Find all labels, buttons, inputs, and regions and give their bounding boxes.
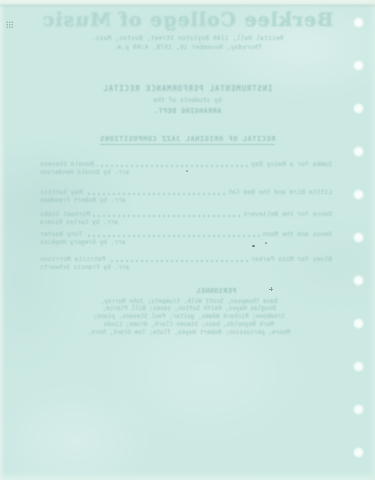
composer-name: Patricia Morrison — [40, 255, 105, 263]
composer-name: Tony Baxter — [40, 230, 82, 238]
scanned-program-page: Berklee College of Music Recital Hall, 1… — [0, 0, 375, 480]
dust-speck — [252, 245, 255, 247]
punch-hole — [355, 148, 362, 155]
punch-hole — [355, 277, 362, 284]
punch-hole — [355, 406, 362, 413]
personnel-line: trombone; Richard Adams, guitar; Paul St… — [88, 313, 290, 321]
program-entry: Samba for a Rainy Day Ronald Stevens arr… — [40, 160, 332, 176]
piece-title: Venus and the Moon — [263, 230, 332, 238]
recital-heading: INSTRUMENTAL PERFORMANCE RECITAL — [0, 84, 375, 93]
punch-hole — [355, 363, 362, 370]
dot-leader — [97, 165, 248, 167]
masthead-date-line: Thursday, November 16, 1978, 4:00 p.m. — [0, 44, 375, 51]
personnel-line: Moore, percussion; Robert Hayes, flute; … — [88, 329, 290, 337]
personnel-heading: PERSONNEL — [115, 288, 317, 296]
piece-title: Blues for Miss Parker — [251, 255, 332, 263]
arranger-credit: arr. by Carlos Rivera — [40, 219, 332, 226]
personnel-line: Dave Thompson, Scott Wilk, trumpets; Joh… — [88, 298, 290, 306]
mirrored-bleedthrough-layer: Berklee College of Music Recital Hall, 1… — [0, 0, 375, 480]
dot-leader — [108, 260, 248, 262]
punch-hole — [355, 234, 362, 241]
punch-hole — [355, 62, 362, 69]
program-title-text: RECITAL OF ORIGINAL JAZZ COMPOSITIONS — [100, 135, 276, 145]
program-entry: Blues for Miss Parker Patricia Morrison … — [40, 255, 332, 271]
recital-subheading: by students of the — [0, 97, 375, 104]
personnel-line: Mark Reynolds, bass; Steven Clark, drums… — [88, 321, 290, 329]
punch-hole — [355, 449, 362, 456]
masthead-address-line: Recital Hall, 1140 Boylston Street, Bost… — [0, 35, 375, 42]
piece-title: Dance for the Believers — [244, 210, 333, 218]
program-entry: Little Bird and the Bad Cat Ray Santisi … — [40, 188, 332, 204]
program-entry: Venus and the Moon Tony Baxter arr. by G… — [40, 230, 332, 246]
college-masthead-title: Berklee College of Music — [0, 9, 375, 31]
punch-hole — [355, 320, 362, 327]
halftone-artifact — [6, 21, 13, 28]
arranger-credit: arr. by Robert Freedman — [40, 197, 332, 204]
personnel-line: Douglas Hayes, Keith Sutton, saxes; Bill… — [88, 305, 290, 313]
composer-name: Michael Gibbs — [40, 210, 90, 218]
piece-title: Samba for a Rainy Day — [251, 160, 332, 168]
piece-title: Little Bird and the Bad Cat — [228, 188, 332, 196]
punch-hole — [355, 191, 362, 198]
dot-leader — [93, 215, 240, 217]
arranger-credit: arr. by Francis Schwartz — [40, 264, 332, 271]
composer-name: Ray Santisi — [40, 188, 82, 196]
recital-department-line: ARRANGING DEPT. — [0, 107, 375, 115]
dust-speck — [186, 170, 188, 172]
punch-hole — [355, 105, 362, 112]
dot-leader — [85, 193, 225, 195]
program-title: RECITAL OF ORIGINAL JAZZ COMPOSITIONS — [0, 135, 375, 143]
dot-leader — [85, 235, 259, 237]
composer-name: Ronald Stevens — [40, 160, 94, 168]
dust-speck — [265, 242, 267, 244]
personnel-block: PERSONNEL Dave Thompson, Scott Wilk, tru… — [88, 288, 290, 336]
arranger-credit: arr. by Gregory Hopkins — [40, 239, 332, 246]
punch-hole — [355, 19, 362, 26]
program-entry: Dance for the Believers Michael Gibbs ar… — [40, 210, 332, 226]
dust-cross-speck — [269, 287, 273, 291]
